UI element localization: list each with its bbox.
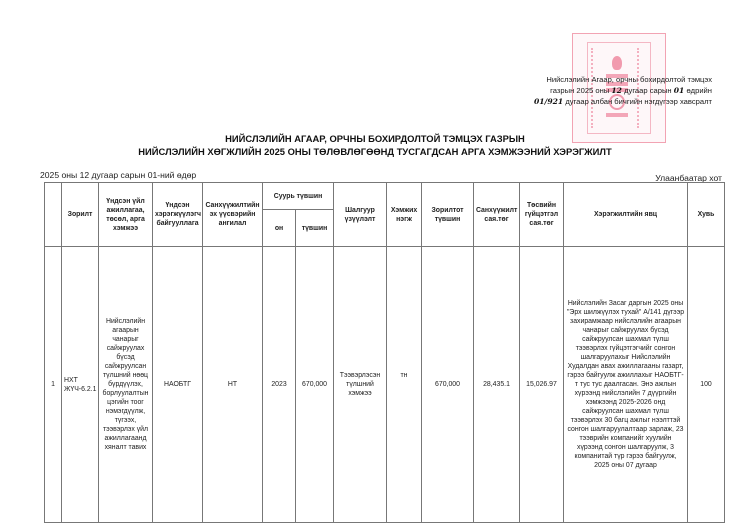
col-unit: Хэмжих нэгж — [387, 183, 422, 247]
annex-line-3: 01/921 дугаар албан бичгийн нэгдүгээр ха… — [534, 96, 712, 107]
document-title: НИЙСЛЭЛИЙН АГААР, ОРЧНЫ БОХИРДОЛТОЙ ТЭМЦ… — [0, 133, 750, 158]
cell-financing: 28,435.1 — [474, 247, 520, 523]
table-row: 1 НХТ ЖҮЧ-6.2.1 Нийслэлийн агаарын чанар… — [45, 247, 725, 523]
title-line-2: НИЙСЛЭЛИЙН ХӨГЖЛИЙН 2025 ОНЫ ТӨЛӨВЛӨГӨӨН… — [0, 146, 750, 159]
col-implementer: Үндсэн хэрэгжүүлэгч байгууллага — [153, 183, 203, 247]
annex-line-1: Нийслэлийн Агаар, орчны бохирдолтой тэмц… — [534, 74, 712, 85]
cell-percent: 100 — [688, 247, 725, 523]
annex-letter-number: 01/921 — [534, 97, 563, 106]
cell-funding-source: НТ — [203, 247, 263, 523]
cell-baseline-year: 2023 — [263, 247, 296, 523]
cell-target: 670,000 — [422, 247, 474, 523]
col-budget-execution: Төсвийн гүйцэтгэл сая.төг — [520, 183, 564, 247]
cell-no: 1 — [45, 247, 62, 523]
annex-reference: Нийслэлийн Агаар, орчны бохирдолтой тэмц… — [534, 74, 712, 107]
cell-budget-execution: 15,026.97 — [520, 247, 564, 523]
title-line-1: НИЙСЛЭЛИЙН АГААР, ОРЧНЫ БОХИРДОЛТОЙ ТЭМЦ… — [0, 133, 750, 146]
cell-indicator: Тээвэрлэсэн түлшний хэмжээ — [334, 247, 387, 523]
cell-unit: тн — [387, 247, 422, 523]
col-financing: Санхүүжилт сая.төг — [474, 183, 520, 247]
annex-month: 12 — [611, 86, 622, 95]
col-indicator: Шалгуур үзүүлэлт — [334, 183, 387, 247]
col-activity: Үндсэн үйл ажиллагаа, төсөл, арга хэмжээ — [99, 183, 153, 247]
cell-implementer: НАОБТГ — [153, 247, 203, 523]
annex-line-2-mid: дугаар сарын — [624, 86, 672, 95]
cell-baseline-level: 670,000 — [296, 247, 334, 523]
annex-line-2-prefix: газрын 2025 оны — [550, 86, 609, 95]
col-no — [45, 183, 62, 247]
annex-line-3-suffix: дугаар албан бичгийн нэгдүгээр хавсралт — [565, 97, 712, 106]
annex-line-2: газрын 2025 оны 12 дугаар сарын 01 өдрий… — [534, 85, 712, 96]
col-progress: Хэрэгжилтийн явц — [564, 183, 688, 247]
cell-activity: Нийслэлийн агаарын чанарыг сайжруулах бү… — [99, 247, 153, 523]
annex-line-2-suffix: өдрийн — [686, 86, 712, 95]
cell-goal: НХТ ЖҮЧ-6.2.1 — [62, 247, 99, 523]
cell-progress: Нийслэлийн Засаг даргын 2025 оны "Эрх ши… — [564, 247, 688, 523]
col-target: Зорилтот түвшин — [422, 183, 474, 247]
col-percent: Хувь — [688, 183, 725, 247]
implementation-table: Зорилт Үндсэн үйл ажиллагаа, төсөл, арга… — [44, 182, 725, 523]
col-baseline-year: он — [263, 210, 296, 247]
report-date: 2025 оны 12 дугаар сарын 01-ний өдөр — [40, 170, 196, 180]
table-header-row: Зорилт Үндсэн үйл ажиллагаа, төсөл, арга… — [45, 183, 725, 210]
col-baseline-level: түвшин — [296, 210, 334, 247]
annex-day: 01 — [674, 86, 685, 95]
col-goal: Зорилт — [62, 183, 99, 247]
col-funding-source: Санхүүжилтийн эх үүсвэрийн ангилал — [203, 183, 263, 247]
col-baseline: Суурь түвшин — [263, 183, 334, 210]
